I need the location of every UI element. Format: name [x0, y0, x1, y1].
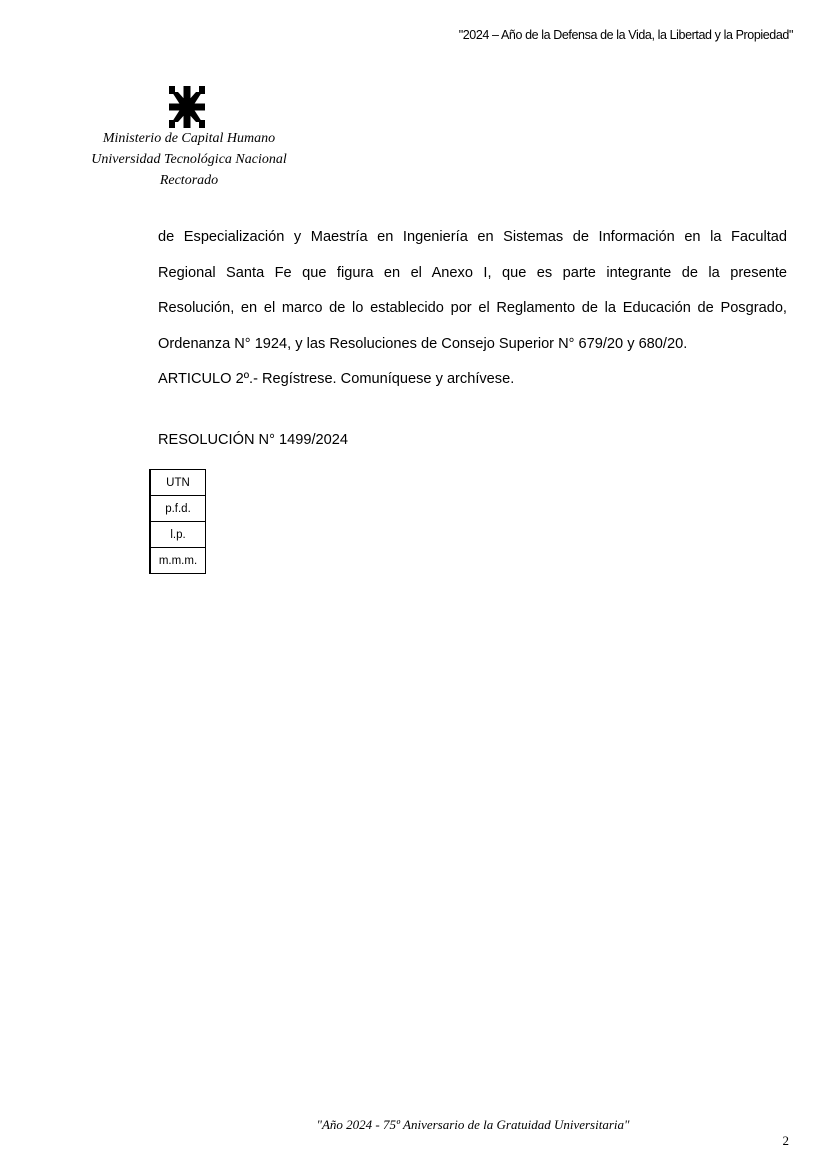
resolution-body: de Especialización y Maestría en Ingenie… — [158, 220, 787, 398]
article-2: ARTICULO 2º.- Regístrese. Comuníquese y … — [158, 362, 787, 398]
body-line: Resolución, en el marco de lo establecid… — [158, 291, 787, 327]
body-line: Regional Santa Fe que figura en el Anexo… — [158, 256, 787, 292]
header-motto: "2024 – Año de la Defensa de la Vida, la… — [459, 28, 793, 42]
university-name: Universidad Tecnológica Nacional — [70, 149, 308, 170]
footer-motto: "Año 2024 - 75º Aniversario de la Gratui… — [0, 1117, 827, 1133]
office-name: Rectorado — [70, 170, 308, 191]
initials-cell: m.m.m. — [150, 548, 206, 574]
body-line: de Especialización y Maestría en Ingenie… — [158, 220, 787, 256]
table-row: p.f.d. — [150, 496, 206, 522]
initials-cell: p.f.d. — [150, 496, 206, 522]
institution-block: Ministerio de Capital Humano Universidad… — [70, 128, 308, 191]
table-row: l.p. — [150, 522, 206, 548]
table-row: UTN — [150, 470, 206, 496]
body-line: Ordenanza N° 1924, y las Resoluciones de… — [158, 327, 787, 363]
initials-cell: UTN — [150, 470, 206, 496]
resolution-number: RESOLUCIÓN N° 1499/2024 — [158, 432, 348, 448]
initials-table: UTN p.f.d. l.p. m.m.m. — [149, 469, 206, 574]
initials-cell: l.p. — [150, 522, 206, 548]
page-number: 2 — [783, 1133, 790, 1149]
utn-logo-icon — [169, 86, 205, 128]
ministry-name: Ministerio de Capital Humano — [70, 128, 308, 149]
table-row: m.m.m. — [150, 548, 206, 574]
